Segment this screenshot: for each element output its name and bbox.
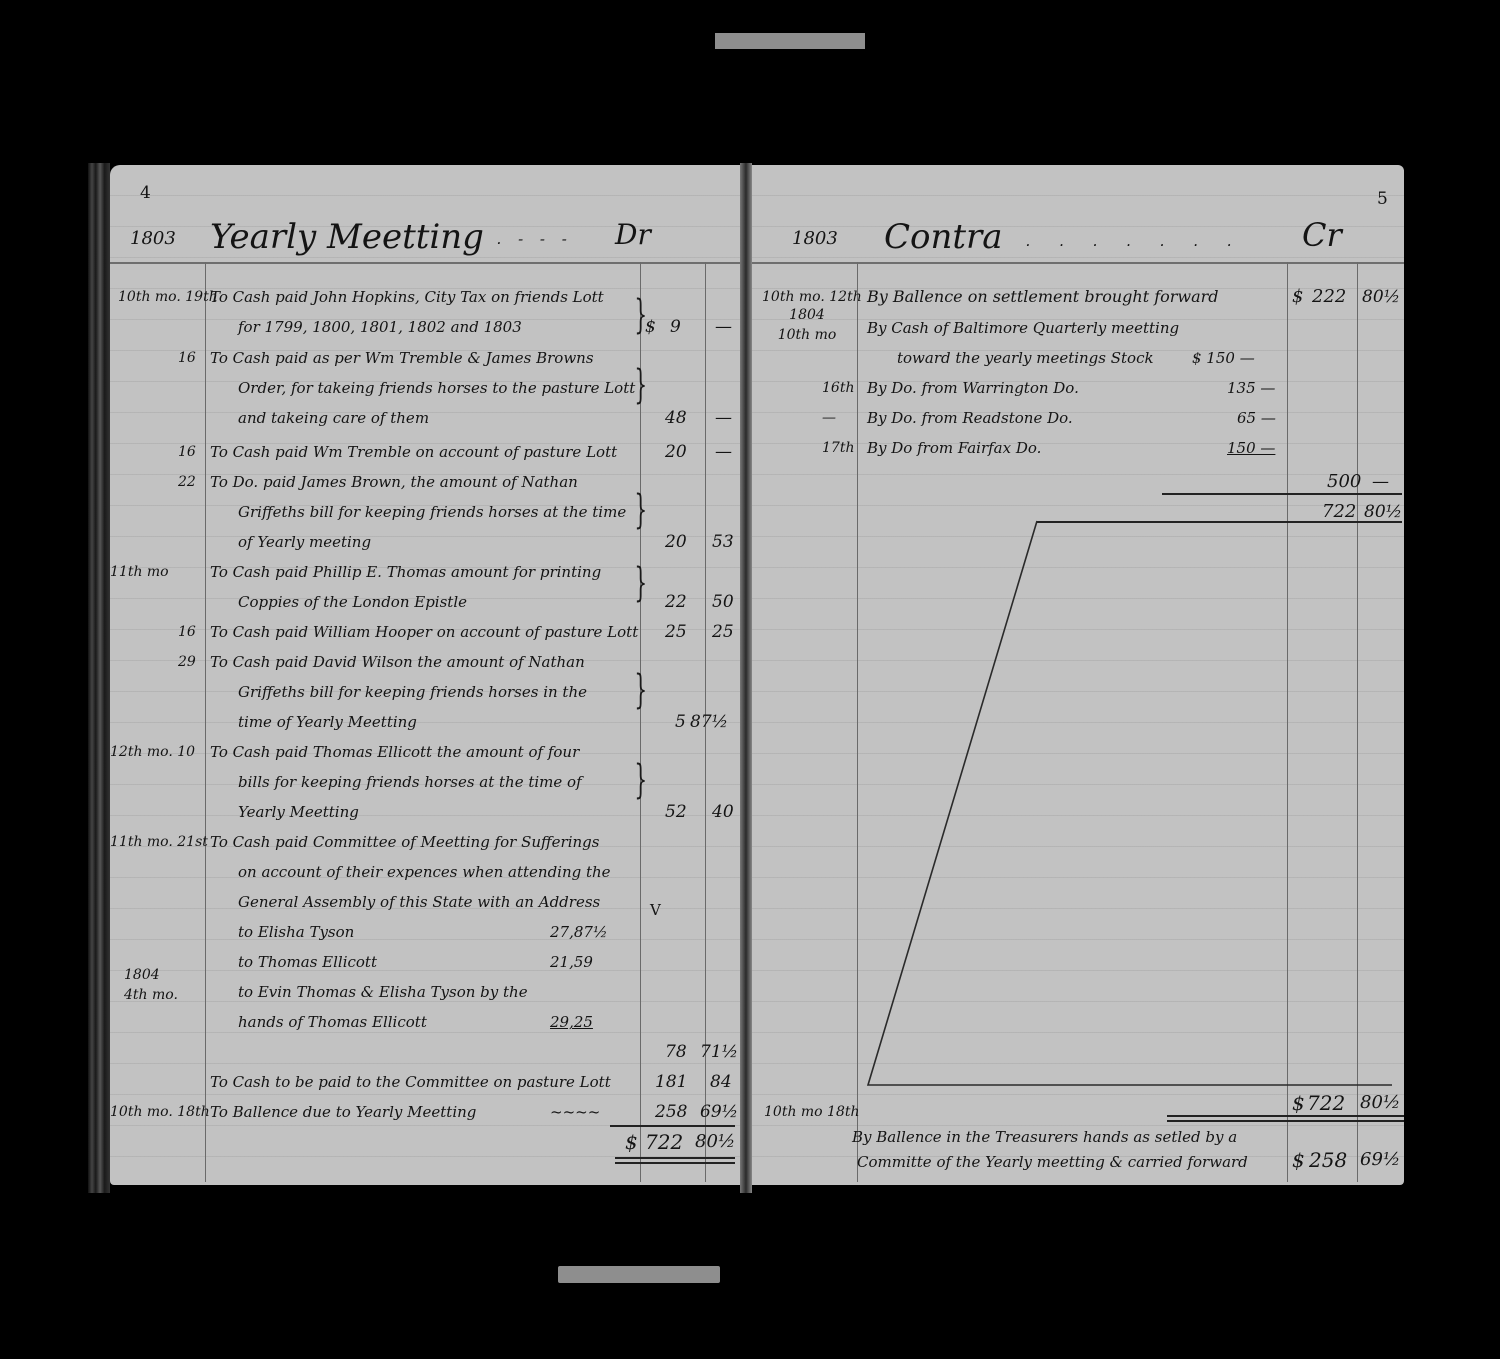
entry-cents: 69½ (700, 1102, 738, 1122)
entry-line: Griffeths bill for keeping friends horse… (238, 502, 626, 522)
total-double-rule (615, 1157, 735, 1164)
entry-cents: 50 (712, 592, 734, 612)
entry-dollars: 22 (665, 592, 687, 612)
total-dollars: 722 (1307, 1093, 1345, 1113)
entry-cents: 71½ (700, 1042, 738, 1062)
entry-line: Committe of the Yearly meetting & carrie… (857, 1152, 1248, 1172)
total-rule (610, 1125, 735, 1127)
entry-date: 10th mo. 19th (118, 287, 218, 307)
entry-date: 11th mo (110, 562, 169, 582)
entry-dollars: 25 (665, 622, 687, 642)
sub-item-label: to Evin Thomas & Elisha Tyson by the (238, 982, 528, 1002)
sub-item-amount: 27,87½ (550, 922, 607, 942)
ledger-page-left: 4 1803 Yearly Meetting . . - - - Dr 10th… (110, 165, 740, 1185)
brace: } (634, 670, 647, 710)
sub-item-amount: 29,25 (550, 1012, 593, 1032)
entry-date: 10th mo. 18th (110, 1102, 210, 1122)
entry-date: 16 (178, 442, 196, 462)
entry-date: 12th mo. 10 (110, 742, 195, 762)
top-film-strip (715, 33, 865, 49)
leader-dots: ~~~~ (550, 1102, 600, 1122)
entry-cents: 53 (712, 532, 734, 552)
entry-line: To Cash to be paid to the Committee on p… (210, 1072, 611, 1092)
entry-line: By Ballence in the Treasurers hands as s… (852, 1127, 1237, 1147)
date-column-rule (205, 262, 206, 1182)
title-dots: . . - - - (475, 229, 573, 249)
brace: } (634, 365, 647, 405)
entry-cents: 25 (712, 622, 734, 642)
entry-date: 22 (178, 472, 196, 492)
entry-cents: — (715, 317, 732, 337)
entry-dollars: 48 (665, 408, 687, 428)
currency-sign: $ (645, 317, 656, 337)
entry-line: To Cash paid Committee of Meetting for S… (210, 832, 599, 852)
entry-line: To Cash paid Phillip E. Thomas amount fo… (210, 562, 601, 582)
page-title: Yearly Meetting (210, 217, 484, 257)
entry-line: Coppies of the London Epistle (238, 592, 467, 612)
entry-dollars: 258 (655, 1102, 687, 1122)
entry-cents: 84 (710, 1072, 732, 1092)
entry-dollars: 20 (665, 442, 687, 462)
sub-item-label: to Thomas Ellicott (238, 952, 377, 972)
page-year: 1803 (130, 229, 176, 249)
entry-line: Yearly Meetting (238, 802, 359, 822)
entry-dollars: 258 (1309, 1150, 1347, 1170)
entry-line: To Cash paid William Hooper on account o… (210, 622, 638, 642)
entry-line: To Cash paid John Hopkins, City Tax on f… (210, 287, 604, 307)
entry-cents: 40 (712, 802, 734, 822)
book-gutter (740, 163, 752, 1193)
total-cents: 80½ (695, 1132, 735, 1152)
entry-date: 29 (178, 652, 196, 672)
bottom-film-strip (558, 1266, 720, 1283)
sub-item-label: to Elisha Tyson (238, 922, 354, 942)
sub-item-label: hands of Thomas Ellicott (238, 1012, 427, 1032)
entry-line: bills for keeping friends horses at the … (238, 772, 582, 792)
sub-item-amount: 21,59 (550, 952, 593, 972)
entry-cents: 69½ (1360, 1150, 1400, 1170)
page-number: 4 (140, 183, 151, 203)
total-currency: $ (625, 1132, 638, 1152)
entry-line: To Cash paid as per Wm Tremble & James B… (210, 348, 594, 368)
total-double-rule (1167, 1115, 1404, 1122)
total-currency: $ (1292, 1093, 1305, 1113)
entry-dollars: 5 (675, 712, 686, 732)
entry-line: for 1799, 1800, 1801, 1802 and 1803 (238, 317, 522, 337)
entry-line: of Yearly meeting (238, 532, 371, 552)
entry-dollars: 78 (665, 1042, 687, 1062)
entry-line: time of Yearly Meetting (238, 712, 417, 732)
total-dollars: 722 (645, 1132, 683, 1152)
ledger-book: 4 1803 Yearly Meetting . . - - - Dr 10th… (88, 163, 1418, 1193)
book-binding (88, 163, 110, 1193)
entry-line: To Do. paid James Brown, the amount of N… (210, 472, 578, 492)
sub-item-date: 1804 4th mo. (124, 965, 184, 1005)
brace: } (634, 760, 647, 800)
entry-dollars: 9 (670, 317, 681, 337)
entry-dollars: 20 (665, 532, 687, 552)
total-cents: 80½ (1360, 1093, 1400, 1113)
entry-line: To Ballence due to Yearly Meetting (210, 1102, 476, 1122)
entry-dollars: 52 (665, 802, 687, 822)
entry-date: 11th mo. 21st (110, 832, 208, 852)
blank-space-z-line (752, 165, 1404, 1185)
entry-line: To Cash paid Wm Tremble on account of pa… (210, 442, 617, 462)
check-mark: V (650, 900, 661, 920)
entry-line: on account of their expences when attend… (238, 862, 611, 882)
currency-sign: $ (1292, 1150, 1305, 1170)
entry-line: To Cash paid Thomas Ellicott the amount … (210, 742, 579, 762)
entry-line: Griffeths bill for keeping friends horse… (238, 682, 587, 702)
entry-date: 10th mo 18th (764, 1102, 860, 1122)
entry-dollars: 181 (655, 1072, 687, 1092)
entry-date: 16 (178, 622, 196, 642)
debit-marker: Dr (615, 215, 651, 255)
entry-line: Order, for takeing friends horses to the… (238, 378, 635, 398)
entry-date: 16 (178, 348, 196, 368)
entry-line: General Assembly of this State with an A… (238, 892, 600, 912)
entry-cents: 87½ (690, 712, 728, 732)
brace: } (634, 490, 647, 530)
brace: } (634, 563, 647, 603)
entry-line: To Cash paid David Wilson the amount of … (210, 652, 585, 672)
ledger-page-right: 5 1803 Contra . . . . . . . . Cr 10th mo… (752, 165, 1404, 1185)
entry-cents: — (715, 408, 732, 428)
entry-line: and takeing care of them (238, 408, 429, 428)
entry-cents: — (715, 442, 732, 462)
